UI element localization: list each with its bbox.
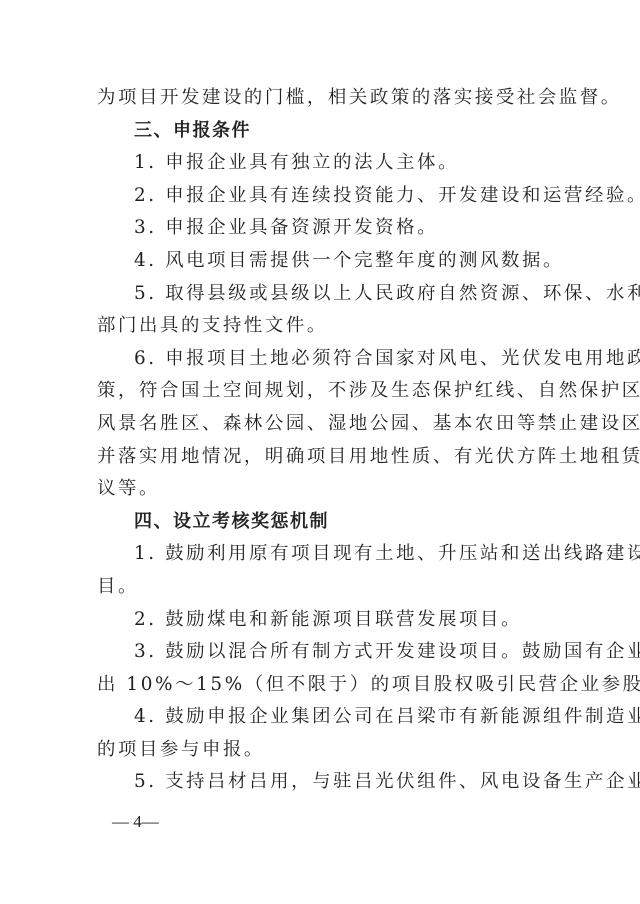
paragraph-line: 3. 鼓励以混合所有制方式开发建设项目。鼓励国有企业拿 bbox=[97, 636, 543, 669]
paragraph-line: 2. 鼓励煤电和新能源项目联营发展项目。 bbox=[97, 604, 543, 637]
paragraph-line: 4. 鼓励申报企业集团公司在吕梁市有新能源组件制造业 bbox=[97, 701, 543, 734]
paragraph-line: 1. 鼓励利用原有项目现有土地、升压站和送出线路建设项 bbox=[97, 538, 543, 571]
section-heading-4: 四、设立考核奖惩机制 bbox=[97, 506, 543, 539]
paragraph-line: 议等。 bbox=[97, 473, 543, 506]
page-number: — 4— bbox=[112, 812, 159, 832]
paragraph-line: 的项目参与申报。 bbox=[97, 734, 543, 767]
paragraph-line-continuation: 为项目开发建设的门槛，相关政策的落实接受社会监督。 bbox=[97, 82, 543, 115]
paragraph-line: 4. 风电项目需提供一个完整年度的测风数据。 bbox=[97, 245, 543, 278]
paragraph-line: 6. 申报项目土地必须符合国家对风电、光伏发电用地政 bbox=[97, 343, 543, 376]
paragraph-line: 5. 支持吕材吕用，与驻吕光伏组件、风电设备生产企业有 bbox=[97, 766, 543, 799]
paragraph-line: 3. 申报企业具备资源开发资格。 bbox=[97, 212, 543, 245]
paragraph-line: 风景名胜区、森林公园、湿地公园、基本农田等禁止建设区域， bbox=[97, 408, 543, 441]
paragraph-line: 目。 bbox=[97, 571, 543, 604]
section-heading-3: 三、申报条件 bbox=[97, 115, 543, 148]
paragraph-line: 2. 申报企业具有连续投资能力、开发建设和运营经验。 bbox=[97, 180, 543, 213]
paragraph-line: 1. 申报企业具有独立的法人主体。 bbox=[97, 147, 543, 180]
paragraph-line: 出 10%～15%（但不限于）的项目股权吸引民营企业参股。 bbox=[97, 669, 543, 702]
paragraph-line: 5. 取得县级或县级以上人民政府自然资源、环保、水利等 bbox=[97, 278, 543, 311]
document-body: 为项目开发建设的门槛，相关政策的落实接受社会监督。 三、申报条件 1. 申报企业… bbox=[97, 82, 543, 799]
paragraph-line: 部门出具的支持性文件。 bbox=[97, 310, 543, 343]
paragraph-line: 并落实用地情况，明确项目用地性质、有光伏方阵土地租赁协 bbox=[97, 441, 543, 474]
paragraph-line: 策，符合国土空间规划，不涉及生态保护红线、自然保护区、 bbox=[97, 375, 543, 408]
